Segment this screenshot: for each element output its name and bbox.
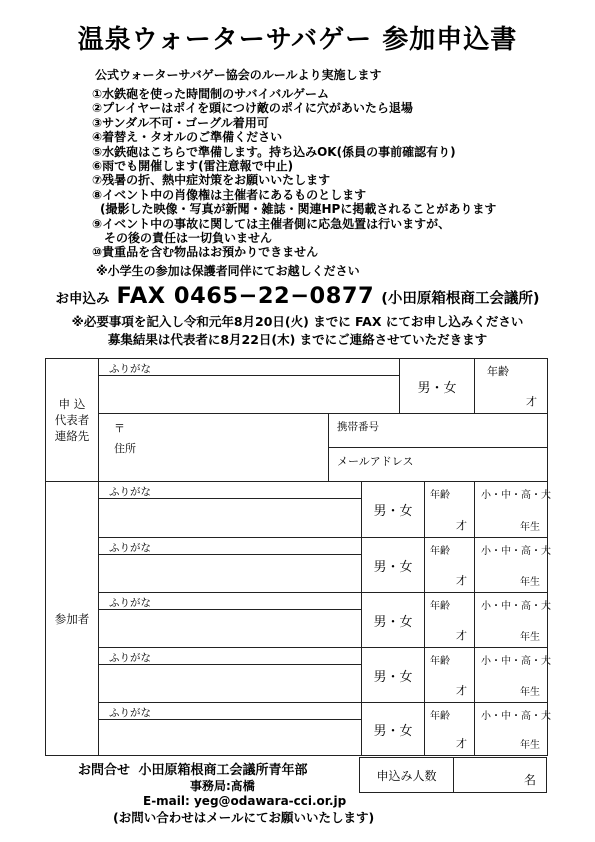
representative-fields: ふりがな 男・女 年齢 才 〒 住所 携帯番号 (99, 359, 547, 481)
rule-item-8-cont: (撮影した映像・写真が新聞・雑誌・関連HPに掲載されることがあります (100, 202, 496, 216)
page-title: 温泉ウォーターサバゲー 参加申込書 (0, 19, 595, 56)
deadline-note: ※必要事項を記入し令和元年8月20日(火) までに FAX にてお申し込みくださ… (0, 312, 595, 330)
contact-footer: お問合せ 小田原箱根商工会議所青年部 事務局:髙橋 E-mail: yeg@od… (0, 763, 360, 825)
grade-options-label: 小・中・高・大 (481, 707, 551, 722)
address-field: 〒 住所 (99, 414, 328, 481)
applicant-count-box: 申込み人数 名 (359, 757, 547, 793)
age-unit-label: 才 (456, 627, 467, 643)
count-unit-label: 名 (524, 771, 536, 788)
participant-name-cell: ふりがな (99, 593, 361, 647)
contact-office: 事務局:髙橋 (190, 779, 360, 794)
elementary-student-note: ※小学生の参加は保護者同伴にてお越しください (96, 264, 496, 278)
participant-gender-cell: 男・女 (361, 593, 424, 647)
rule-item-7: ⑦残暑の折、熱中症対策をお願いいたします (92, 173, 496, 187)
age-unit-label: 才 (456, 735, 467, 751)
contact-email: E-mail: yeg@odawara-cci.or.jp (143, 794, 360, 810)
participant-name-field (99, 720, 361, 755)
participant-name-field (99, 499, 361, 537)
rules-section: 公式ウォーターサバゲー協会のルールより実施します ①水鉄砲を使った時間制のサバイ… (95, 66, 496, 278)
grade-unit-label: 年生 (520, 518, 540, 533)
participant-name-cell: ふりがな (99, 538, 361, 592)
grade-options-label: 小・中・高・大 (481, 542, 551, 557)
participant-row: ふりがな 男・女 年齢 才 小・中・高・大 年生 (99, 482, 547, 537)
representative-label-line1: 申 込 (59, 396, 86, 412)
participant-gender-cell: 男・女 (361, 482, 424, 537)
rule-item-5: ⑤水鉄砲はこちらで準備します。持ち込みOK(係員の事前確認有り) (92, 145, 496, 159)
rule-item-9: ⑨イベント中の事故に関しては主催者側に応急処置は行いますが、 (92, 217, 496, 231)
participants-section: 参加者 ふりがな 男・女 年齢 才 小・中・高・大 年生 (46, 481, 547, 755)
furigana-label: ふりがな (99, 593, 361, 610)
representative-section-label: 申 込 代表者 連絡先 (46, 359, 99, 481)
participant-age-cell: 年齢 才 (424, 482, 474, 537)
furigana-label: ふりがな (99, 648, 361, 665)
rule-item-9-cont: その後の責任は一切負いません (104, 231, 496, 245)
participant-name-cell: ふりがな (99, 482, 361, 537)
contact-fields: 携帯番号 メールアドレス (328, 414, 547, 481)
address-label: 住所 (114, 442, 136, 455)
grade-unit-label: 年生 (520, 683, 540, 698)
age-label: 年齢 (487, 363, 509, 379)
participants-section-label: 参加者 (46, 482, 99, 755)
email-address-field: メールアドレス (329, 448, 547, 481)
participant-grade-cell: 小・中・高・大 年生 (474, 538, 547, 592)
fax-number: FAX 0465−22−0877 (117, 283, 375, 309)
age-unit-label: 才 (456, 572, 467, 588)
furigana-label: ふりがな (99, 359, 399, 376)
participant-age-cell: 年齢 才 (424, 648, 474, 702)
age-label: 年齢 (430, 542, 450, 557)
result-notice-note: 募集結果は代表者に8月22日(木) までにご連絡させていただきます (0, 330, 595, 348)
apply-label: お申込み (56, 287, 110, 307)
intro-text: 公式ウォーターサバゲー協会のルールより実施します (95, 66, 496, 83)
participant-age-cell: 年齢 才 (424, 538, 474, 592)
age-unit-label: 才 (456, 682, 467, 698)
rule-item-2: ②プレイヤーはポイを頭につけ敵のポイに穴があいたら退場 (92, 101, 496, 115)
participant-name-cell: ふりがな (99, 648, 361, 702)
age-unit-label: 才 (456, 517, 467, 533)
fax-apply-line: お申込み FAX 0465−22−0877 (小田原箱根商工会議所) (0, 283, 595, 309)
participant-name-field (99, 610, 361, 647)
contact-line: お問合せ 小田原箱根商工会議所青年部 (78, 763, 360, 779)
grade-unit-label: 年生 (520, 628, 540, 643)
participant-grade-cell: 小・中・高・大 年生 (474, 482, 547, 537)
representative-name-row: ふりがな 男・女 年齢 才 (99, 359, 547, 413)
grade-options-label: 小・中・高・大 (481, 652, 551, 667)
participant-name-cell: ふりがな (99, 703, 361, 755)
grade-unit-label: 年生 (520, 736, 540, 751)
representative-section: 申 込 代表者 連絡先 ふりがな 男・女 年齢 才 (46, 359, 547, 481)
applicant-count-label: 申込み人数 (360, 758, 454, 792)
contact-label: お問合せ (78, 763, 130, 778)
grade-options-label: 小・中・高・大 (481, 486, 551, 501)
rule-item-10: ⑩貴重品を含む物品はお預かりできません (92, 245, 496, 259)
representative-gender-cell: 男・女 (399, 359, 474, 413)
participant-grade-cell: 小・中・高・大 年生 (474, 703, 547, 755)
participant-gender-cell: 男・女 (361, 538, 424, 592)
participant-gender-cell: 男・女 (361, 703, 424, 755)
representative-name-cell: ふりがな (99, 359, 399, 413)
age-label: 年齢 (430, 597, 450, 612)
furigana-label: ふりがな (99, 703, 361, 720)
grade-options-label: 小・中・高・大 (481, 597, 551, 612)
participant-row: ふりがな 男・女 年齢 才 小・中・高・大 年生 (99, 537, 547, 592)
furigana-label: ふりがな (99, 482, 361, 499)
mobile-number-field: 携帯番号 (329, 414, 547, 448)
participant-grade-cell: 小・中・高・大 年生 (474, 593, 547, 647)
age-label: 年齢 (430, 486, 450, 501)
representative-label-line2: 代表者 (55, 412, 90, 428)
participant-gender-cell: 男・女 (361, 648, 424, 702)
participant-rows: ふりがな 男・女 年齢 才 小・中・高・大 年生 ふりがな (99, 482, 547, 755)
grade-unit-label: 年生 (520, 573, 540, 588)
participant-age-cell: 年齢 才 (424, 703, 474, 755)
representative-age-cell: 年齢 才 (474, 359, 547, 413)
rule-item-3: ③サンダル不可・ゴーグル着用可 (92, 116, 496, 130)
representative-label-line3: 連絡先 (55, 428, 90, 444)
applicant-count-field: 名 (454, 758, 546, 792)
rule-item-4: ④着替え・タオルのご準備ください (92, 130, 496, 144)
representative-name-field (99, 376, 399, 413)
participant-row: ふりがな 男・女 年齢 才 小・中・高・大 年生 (99, 592, 547, 647)
participant-name-field (99, 555, 361, 592)
age-label: 年齢 (430, 652, 450, 667)
application-table: 申 込 代表者 連絡先 ふりがな 男・女 年齢 才 (45, 358, 548, 756)
participant-name-field (99, 665, 361, 702)
postal-mark: 〒 (114, 420, 328, 436)
contact-note: (お問い合わせはメールにてお願いいたします) (113, 810, 360, 826)
fax-organization: (小田原箱根商工会議所) (381, 287, 539, 308)
participant-row: ふりがな 男・女 年齢 才 小・中・高・大 年生 (99, 647, 547, 702)
representative-address-row: 〒 住所 携帯番号 メールアドレス (99, 413, 547, 481)
furigana-label: ふりがな (99, 538, 361, 555)
age-unit-label: 才 (526, 393, 537, 409)
contact-organization: 小田原箱根商工会議所青年部 (139, 763, 308, 778)
rule-item-1: ①水鉄砲を使った時間制のサバイバルゲーム (92, 87, 496, 101)
participant-grade-cell: 小・中・高・大 年生 (474, 648, 547, 702)
participant-age-cell: 年齢 才 (424, 593, 474, 647)
rule-item-8: ⑧イベント中の肖像権は主催者にあるものとします (92, 188, 496, 202)
age-label: 年齢 (430, 707, 450, 722)
rule-item-6: ⑥雨でも開催します(雷注意報で中止) (92, 159, 496, 173)
participant-row: ふりがな 男・女 年齢 才 小・中・高・大 年生 (99, 702, 547, 755)
application-form-page: 温泉ウォーターサバゲー 参加申込書 公式ウォーターサバゲー協会のルールより実施し… (0, 0, 595, 842)
